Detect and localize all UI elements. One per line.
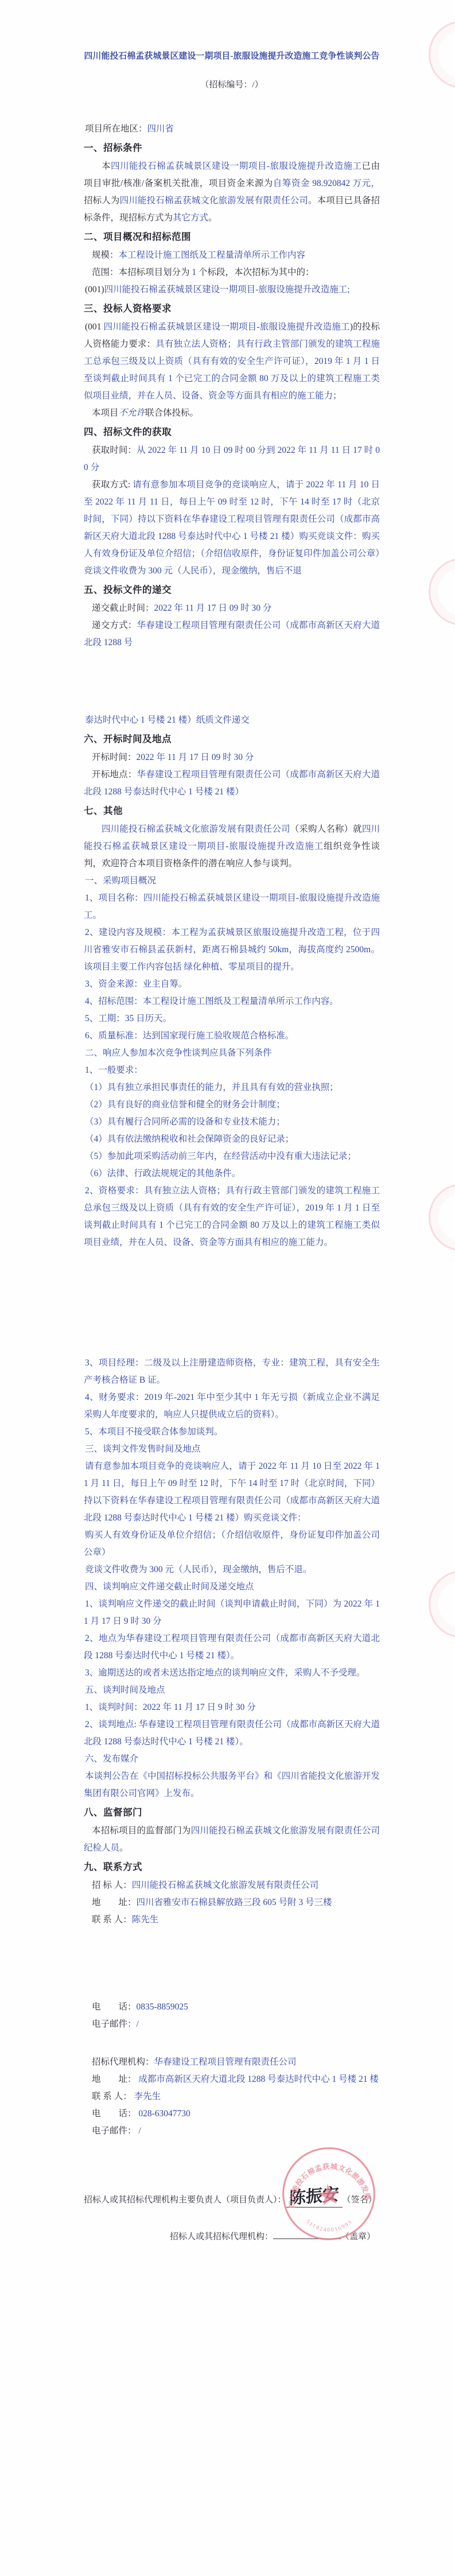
text-run: （4）具有依法缴纳税收和社会保障资金的良好记录； bbox=[85, 1134, 294, 1144]
paragraph: 4、财务要求：2019 年-2021 年中至少其中 1 年无亏损（新成立企业不满… bbox=[84, 1389, 380, 1423]
page-1-body: 项目所在地区：四川省一、招标条件本四川能投石棉孟获城景区建设一期项目-旅服设施提… bbox=[84, 121, 380, 651]
paragraph: 请有意参加本项目竞争的竞谈响应人，请于 2022 年 11 月 10 日至 20… bbox=[84, 1458, 380, 1527]
paragraph: 四、谈判响应文件递交截止时间及递交地点 bbox=[84, 1578, 380, 1596]
text-run: 四川能投石棉孟获城文化旅游发展有限责任公司 bbox=[102, 824, 290, 834]
paragraph: (001 四川能投石棉孟获城景区建设一期项目-旅服设施提升改造施工)的投标人资格… bbox=[84, 319, 380, 405]
text-run: 四川能投石棉孟获城景区建设一期项目-旅服设施提升改造施工 bbox=[111, 161, 361, 171]
paragraph: 地 址：四川省雅安市石棉县解放路三段 605 号附 3 号三楼 bbox=[84, 1894, 380, 1911]
paragraph: 获取方式: 请有意参加本项目竞争的竞谈响应人，请于 2022 年 11 月 10… bbox=[84, 476, 380, 580]
text-run: 3、项目经理：二级及以上注册建造师资格，专业：建筑工程，具有安全生产考核合格证 … bbox=[84, 1358, 380, 1385]
agency-label: 招标人或其招标代理机构： bbox=[170, 2232, 273, 2241]
text-run: 泰达时代中心 1 号楼 21 楼）纸质文件递交 bbox=[85, 715, 250, 725]
text-run: 2022 年 11 月 17 日 09 时 30 分 bbox=[137, 752, 254, 762]
paragraph: 递交截止时间：2022 年 11 月 17 日 09 时 30 分 bbox=[84, 600, 380, 617]
paragraph: （4）具有依法缴纳税收和社会保障资金的良好记录； bbox=[84, 1131, 380, 1148]
paragraph: 泰达时代中心 1 号楼 21 楼）纸质文件递交 bbox=[84, 712, 380, 729]
text-run: 规模： bbox=[92, 250, 119, 260]
text-run: 四川省雅安市石棉县解放路三段 605 号附 3 号三楼 bbox=[137, 1898, 332, 1907]
paragraph: 四川能投石棉孟获城文化旅游发展有限责任公司（采购人名称）就四川能投石棉孟获城景区… bbox=[84, 821, 380, 872]
paragraph: 递交方式：华春建设工程项目管理有限责任公司（成都市高新区天府大道北段 1288 … bbox=[84, 617, 380, 651]
paragraph: 五、谈判时间及地点 bbox=[84, 1682, 380, 1699]
text-run: 陈先生 bbox=[132, 1915, 159, 1925]
text-run: 本招标项目的监督部门为 bbox=[92, 1826, 191, 1836]
text-run: 自筹资金 98.920842 万元， bbox=[273, 179, 380, 188]
text-run: 招 标 人： bbox=[92, 1880, 132, 1890]
paragraph: 开标地点：华春建设工程项目管理有限责任公司（成都市高新区天府大道北段 1288 … bbox=[84, 766, 380, 801]
text-run: 个标段，本次招标为其中的： bbox=[196, 267, 314, 277]
paragraph: 2、地点为华春建设工程项目管理有限责任公司（成都市高新区天府大道北段 1288 … bbox=[84, 1630, 380, 1665]
text-run: 招标人为 bbox=[84, 196, 120, 205]
text-run: 三、谈判文件发售时间及地点 bbox=[85, 1444, 201, 1454]
text-run: （6）法律、行政法规规定的其他条件。 bbox=[85, 1169, 240, 1178]
text-run: 购买人有效身份证及单位介绍信；（介绍信收原件，身份证复印件加盖公司公章） bbox=[84, 1530, 380, 1557]
paragraph: 5、工期：35 日历天。 bbox=[84, 1010, 380, 1027]
signature-handwriting: 陈振安 bbox=[289, 2186, 339, 2208]
text-run: 本 bbox=[102, 161, 111, 171]
page-4-body: 电 话：0835-8859025电子邮件：/招标代理机构：华春建设工程项目管理有… bbox=[84, 1999, 380, 2140]
paragraph: 1、谈判时间：2022 年 11 月 17 日 9 时 30 分 bbox=[84, 1699, 380, 1716]
section-heading: 七、其他 bbox=[84, 802, 380, 820]
text-run: 请有意参加本项目竞争的竞谈响应人，请于 2022 年 11 月 10 日至 20… bbox=[84, 480, 380, 576]
page-2: 泰达时代中心 1 号楼 21 楼）纸质文件递交六、开标时间及地点开标时间：202… bbox=[84, 712, 380, 1251]
text-run: 。 bbox=[208, 213, 217, 223]
section-heading: 二、项目概况和招标范围 bbox=[84, 228, 380, 246]
section-heading: 三、投标人资格要求 bbox=[84, 300, 380, 317]
text-run: 5、本项目不接受联合体参加谈判。 bbox=[85, 1427, 223, 1437]
text-run: 范围：本招标项目划分为 bbox=[92, 267, 192, 277]
paragraph: 开标时间：2022 年 11 月 17 日 09 时 30 分 bbox=[84, 749, 380, 766]
paragraph: 规模：本工程设计施工图纸及工程量清单所示工作内容 bbox=[84, 247, 380, 264]
page-2-body: 泰达时代中心 1 号楼 21 楼）纸质文件递交六、开标时间及地点开标时间：202… bbox=[84, 712, 380, 1251]
responsible-person-line: 招标人或其招标代理机构主要负责人（项目负责人）：陈振安（签名） bbox=[84, 2188, 383, 2208]
text-run: 1、一般要求： bbox=[85, 1065, 143, 1075]
page-3: 3、项目经理：二级及以上注册建造师资格，专业：建筑工程，具有安全生产考核合格证 … bbox=[84, 1355, 380, 1929]
paragraph: 联 系 人：陈先生 bbox=[84, 1911, 380, 1929]
paragraph: （3）具有履行合同所必需的设备和专业技术能力； bbox=[84, 1114, 380, 1131]
section-heading: 一、招标条件 bbox=[84, 139, 380, 157]
text-run: 地 址： bbox=[92, 2074, 138, 2084]
section-heading: 八、监督部门 bbox=[84, 1804, 380, 1821]
tender-number-line: （招标编号：/） bbox=[84, 78, 380, 92]
text-run: （3）具有履行合同所必需的设备和专业技术能力； bbox=[85, 1117, 285, 1127]
edge-seal-icon bbox=[429, 558, 455, 626]
text-run: 华春建设工程项目管理有限责任公司 bbox=[154, 2057, 297, 2067]
text-run: 2、资格要求：具有独立法人资格；具有行政主管部门颁发的建筑工程施工总承包三级及以… bbox=[84, 1186, 380, 1247]
paragraph: （5）参加此项采购活动前三年内，在经营活动中没有重大违法记录； bbox=[84, 1148, 380, 1165]
text-run: 3、逾期送达的或者未送达指定地点的谈判响应文件，采购人不予受理。 bbox=[85, 1668, 365, 1678]
text-run: 本项目 bbox=[92, 408, 119, 418]
page-title: 四川能投石棉孟获城景区建设一期项目-旅服设施提升改造施工竞争性谈判公告 bbox=[84, 49, 380, 63]
agency-seal-line: 招标人或其招标代理机构：（盖章） bbox=[84, 2229, 383, 2244]
paragraph: 3、逾期送达的或者未送达指定地点的谈判响应文件，采购人不予受理。 bbox=[84, 1665, 380, 1682]
paragraph: 本谈判公告在《中国招标投标公共服务平台》和《四川省能投文化旅游开发集团有限公司官… bbox=[84, 1768, 380, 1802]
paragraph: 六、发布媒介 bbox=[84, 1751, 380, 1768]
text-run: 0835-8859025 bbox=[137, 2002, 188, 2012]
text-run: 6、质量标准：达到国家现行施工验收规范合格标准。 bbox=[85, 1031, 294, 1041]
paragraph: 地 址： 成都市高新区天府大道北段 1288 号泰达时代中心 1 号楼 21 楼 bbox=[84, 2071, 380, 2088]
section-heading: 六、开标时间及地点 bbox=[84, 731, 380, 748]
text-run: （2）具有良好的商业信誉和健全的财务会计制度； bbox=[85, 1100, 285, 1109]
sign-suffix-label: （签名） bbox=[343, 2195, 377, 2205]
paragraph: 本招标项目的监督部门为四川能投石棉孟获城文化旅游发展有限责任公司纪检人员。 bbox=[84, 1822, 380, 1857]
paragraph: 一、采购项目概况 bbox=[84, 872, 380, 890]
text-run: 5、工期：35 日历天。 bbox=[85, 1014, 172, 1023]
paragraph: 1、项目名称：四川能投石棉孟获城景区建设一期项目-旅服设施提升改造施工。 bbox=[84, 890, 380, 924]
text-run: 四川能投石棉孟获城景区建设一期项目-旅服设施提升改造施工; bbox=[104, 285, 350, 294]
spacer bbox=[84, 2033, 380, 2054]
text-run: 五、谈判时间及地点 bbox=[85, 1685, 165, 1695]
text-run: 四川能投石棉孟获城文化旅游发展有限责任公司 bbox=[120, 196, 308, 205]
text-run: 1、项目名称：四川能投石棉孟获城景区建设一期项目-旅服设施提升改造施工。 bbox=[84, 893, 380, 920]
edge-seal-icon bbox=[429, 21, 455, 88]
text-run: 获取方式: bbox=[92, 480, 133, 490]
text-run: 其它方式 bbox=[173, 213, 208, 223]
paragraph: 1、一般要求： bbox=[84, 1062, 380, 1079]
text-run: 本谈判公告在《中国招标投标公共服务平台》和《四川省能投文化旅游开发集团有限公司官… bbox=[84, 1771, 380, 1798]
page-3-body: 3、项目经理：二级及以上注册建造师资格，专业：建筑工程，具有安全生产考核合格证 … bbox=[84, 1355, 380, 1929]
text-run: 开标地点： bbox=[92, 770, 137, 779]
text-run: 028-63047730 bbox=[138, 2109, 190, 2119]
section-heading: 四、招标文件的获取 bbox=[84, 424, 380, 441]
text-run: (001 bbox=[85, 322, 104, 332]
text-run: / bbox=[137, 2019, 139, 2029]
seal-underline bbox=[273, 2230, 341, 2239]
text-run: 四川省 bbox=[147, 124, 174, 134]
text-run: （1）具有独立承担民事责任的能力，并且具有有效的营业执照； bbox=[85, 1083, 339, 1092]
section-heading: 九、联系方式 bbox=[84, 1859, 380, 1876]
text-run: 二、响应人参加本次竞争性谈判应具备下列条件 bbox=[85, 1048, 272, 1058]
paragraph: 本四川能投石棉孟获城景区建设一期项目-旅服设施提升改造施工已由项目审批/核准/备… bbox=[84, 158, 380, 227]
text-run: 递交方式： bbox=[92, 620, 137, 630]
text-run: 四、谈判响应文件递交截止时间及递交地点 bbox=[85, 1582, 254, 1592]
text-run: （5）参加此项采购活动前三年内，在经营活动中没有重大违法记录； bbox=[85, 1151, 356, 1161]
text-run: 不允许 bbox=[119, 408, 146, 418]
seal-suffix-label: （盖章） bbox=[341, 2232, 375, 2241]
paragraph: （6）法律、行政法规规定的其他条件。 bbox=[84, 1165, 380, 1182]
page-1: 四川能投石棉孟获城景区建设一期项目-旅服设施提升改造施工竞争性谈判公告 （招标编… bbox=[84, 49, 380, 651]
text-run: 获取时间： bbox=[92, 445, 137, 455]
text-run: 2、建设内容及规模：本工程为孟获城景区旅服设施提升改造工程，位于四川省雅安市石棉… bbox=[84, 928, 380, 972]
text-run: 四川能投石棉孟获城文化旅游发展有限责任公司 bbox=[132, 1880, 319, 1890]
paragraph: 电 话： 028-63047730 bbox=[84, 2105, 380, 2123]
text-run: 1、谈判时间：2022 年 11 月 17 日 9 时 30 分 bbox=[85, 1702, 256, 1712]
text-run: / bbox=[138, 2126, 141, 2136]
text-run: （采购人名称）就 bbox=[290, 824, 362, 834]
paragraph: 范围：本招标项目划分为 1 个标段，本次招标为其中的： bbox=[84, 264, 380, 281]
text-run: 本工程设计施工图纸及工程量清单所示工作内容 bbox=[119, 250, 306, 260]
paragraph: 三、谈判文件发售时间及地点 bbox=[84, 1441, 380, 1458]
paragraph: 1、谈判响应文件递交的截止时间（谈判申请截止时间，下同）为 2022 年 11 … bbox=[84, 1596, 380, 1630]
paragraph: 联 系 人： 李先生 bbox=[84, 2088, 380, 2105]
text-run: 联 系 人： bbox=[92, 1915, 132, 1925]
paragraph: 购买人有效身份证及单位介绍信；（介绍信收原件，身份证复印件加盖公司公章） bbox=[84, 1527, 380, 1561]
text-run: 竞谈文件收费为 300 元（人民币），现金缴纳，售后不退。 bbox=[85, 1565, 312, 1574]
paragraph: （1）具有独立承担民事责任的能力，并且具有有效的营业执照； bbox=[84, 1079, 380, 1096]
text-run: 2、地点为华春建设工程项目管理有限责任公司（成都市高新区天府大道北段 1288 … bbox=[84, 1634, 380, 1661]
text-run: 开标时间： bbox=[92, 752, 137, 762]
page-4: 电 话：0835-8859025电子邮件：/招标代理机构：华春建设工程项目管理有… bbox=[84, 1999, 380, 2140]
text-run: 李先生 bbox=[134, 2092, 161, 2101]
paragraph: 3、资金来源：业主自筹。 bbox=[84, 976, 380, 993]
paragraph: 电 话：0835-8859025 bbox=[84, 1999, 380, 2016]
paragraph: 招 标 人：四川能投石棉孟获城文化旅游发展有限责任公司 bbox=[84, 1877, 380, 1894]
paragraph: 竞谈文件收费为 300 元（人民币），现金缴纳，售后不退。 bbox=[84, 1561, 380, 1578]
document: 四川能投石棉孟获城景区建设一期项目-旅服设施提升改造施工竞争性谈判公告 （招标编… bbox=[0, 0, 455, 2576]
text-run: 2、谈判地点: 华春建设工程项目管理有限责任公司（成都市高新区天府大道北段 12… bbox=[84, 1720, 380, 1747]
text-run: 电 话： bbox=[92, 2002, 137, 2012]
text-run: 项目所在地区： bbox=[85, 124, 147, 134]
edge-seal-icon bbox=[429, 1570, 455, 1638]
paragraph: 4、招标范围：本工程设计施工图纸及工程量清单所示工作内容。 bbox=[84, 993, 380, 1010]
text-run: 六、发布媒介 bbox=[85, 1754, 138, 1764]
text-run: (001) bbox=[85, 285, 104, 294]
paragraph: 2、建设内容及规模：本工程为孟获城景区旅服设施提升改造工程，位于四川省雅安市石棉… bbox=[84, 924, 380, 976]
text-run: 四川能投石棉孟获城景区建设一期项目-旅服设施提升改造施工 bbox=[104, 322, 350, 332]
text-run: 电子邮件： bbox=[92, 2126, 138, 2136]
paragraph: 3、项目经理：二级及以上注册建造师资格，专业：建筑工程，具有安全生产考核合格证 … bbox=[84, 1355, 380, 1389]
text-run: 4、财务要求：2019 年-2021 年中至少其中 1 年无亏损（新成立企业不满… bbox=[84, 1392, 380, 1419]
paragraph: 2、谈判地点: 华春建设工程项目管理有限责任公司（成都市高新区天府大道北段 12… bbox=[84, 1716, 380, 1751]
paragraph: (001)四川能投石棉孟获城景区建设一期项目-旅服设施提升改造施工; bbox=[84, 281, 380, 298]
section-heading: 五、投标文件的递交 bbox=[84, 581, 380, 599]
paragraph: 电子邮件： / bbox=[84, 2123, 380, 2140]
paragraph: 2、资格要求：具有独立法人资格；具有行政主管部门颁发的建筑工程施工总承包三级及以… bbox=[84, 1182, 380, 1251]
text-run: 4、招标范围：本工程设计施工图纸及工程量清单所示工作内容。 bbox=[85, 996, 339, 1006]
text-run: 电子邮件： bbox=[92, 2019, 137, 2029]
paragraph: 5、本项目不接受联合体参加谈判。 bbox=[84, 1423, 380, 1441]
text-run: 电 话： bbox=[92, 2109, 138, 2119]
paragraph: 招标代理机构：华春建设工程项目管理有限责任公司 bbox=[84, 2054, 380, 2071]
text-run: 。 bbox=[119, 1843, 129, 1853]
paragraph: 6、质量标准：达到国家现行施工验收规范合格标准。 bbox=[84, 1027, 380, 1045]
paragraph: 获取时间：从 2022 年 11 月 10 日 09 时 00 分到 2022 … bbox=[84, 442, 380, 476]
text-run: 2022 年 11 月 17 日 09 时 30 分 bbox=[154, 603, 272, 613]
text-run: 地 址： bbox=[92, 1898, 137, 1907]
responsible-person-label: 招标人或其招标代理机构主要负责人（项目负责人）： bbox=[84, 2195, 286, 2205]
signature-underline: 陈振安 bbox=[286, 2188, 343, 2208]
text-run: 请有意参加本项目竞争的竞谈响应人，请于 2022 年 11 月 10 日至 20… bbox=[84, 1461, 380, 1523]
edge-seal-icon bbox=[429, 1184, 455, 1251]
text-run: 成都市高新区天府大道北段 1288 号泰达时代中心 1 号楼 21 楼 bbox=[138, 2074, 379, 2084]
text-run: 1 bbox=[192, 267, 196, 277]
signature-area: 招标人或其招标代理机构主要负责人（项目负责人）：陈振安（签名） 招标人或其招标代… bbox=[84, 2188, 383, 2244]
text-run: 一、采购项目概况 bbox=[85, 876, 156, 886]
paragraph: 本项目不允许联合体投标。 bbox=[84, 405, 380, 422]
text-run: 3、资金来源：业主自筹。 bbox=[85, 979, 187, 989]
paragraph: （2）具有良好的商业信誉和健全的财务会计制度； bbox=[84, 1096, 380, 1114]
text-run: 递交截止时间： bbox=[92, 603, 154, 613]
text-run: 1、谈判响应文件递交的截止时间（谈判申请截止时间，下同）为 2022 年 11 … bbox=[84, 1599, 380, 1626]
paragraph: 二、响应人参加本次竞争性谈判应具备下列条件 bbox=[84, 1045, 380, 1062]
text-run: 联 系 人： bbox=[92, 2092, 134, 2101]
text-run: 联合体投标。 bbox=[145, 408, 199, 418]
paragraph: 电子邮件：/ bbox=[84, 2016, 380, 2033]
paragraph: 项目所在地区：四川省 bbox=[84, 121, 380, 138]
text-run: 招标代理机构： bbox=[92, 2057, 154, 2067]
